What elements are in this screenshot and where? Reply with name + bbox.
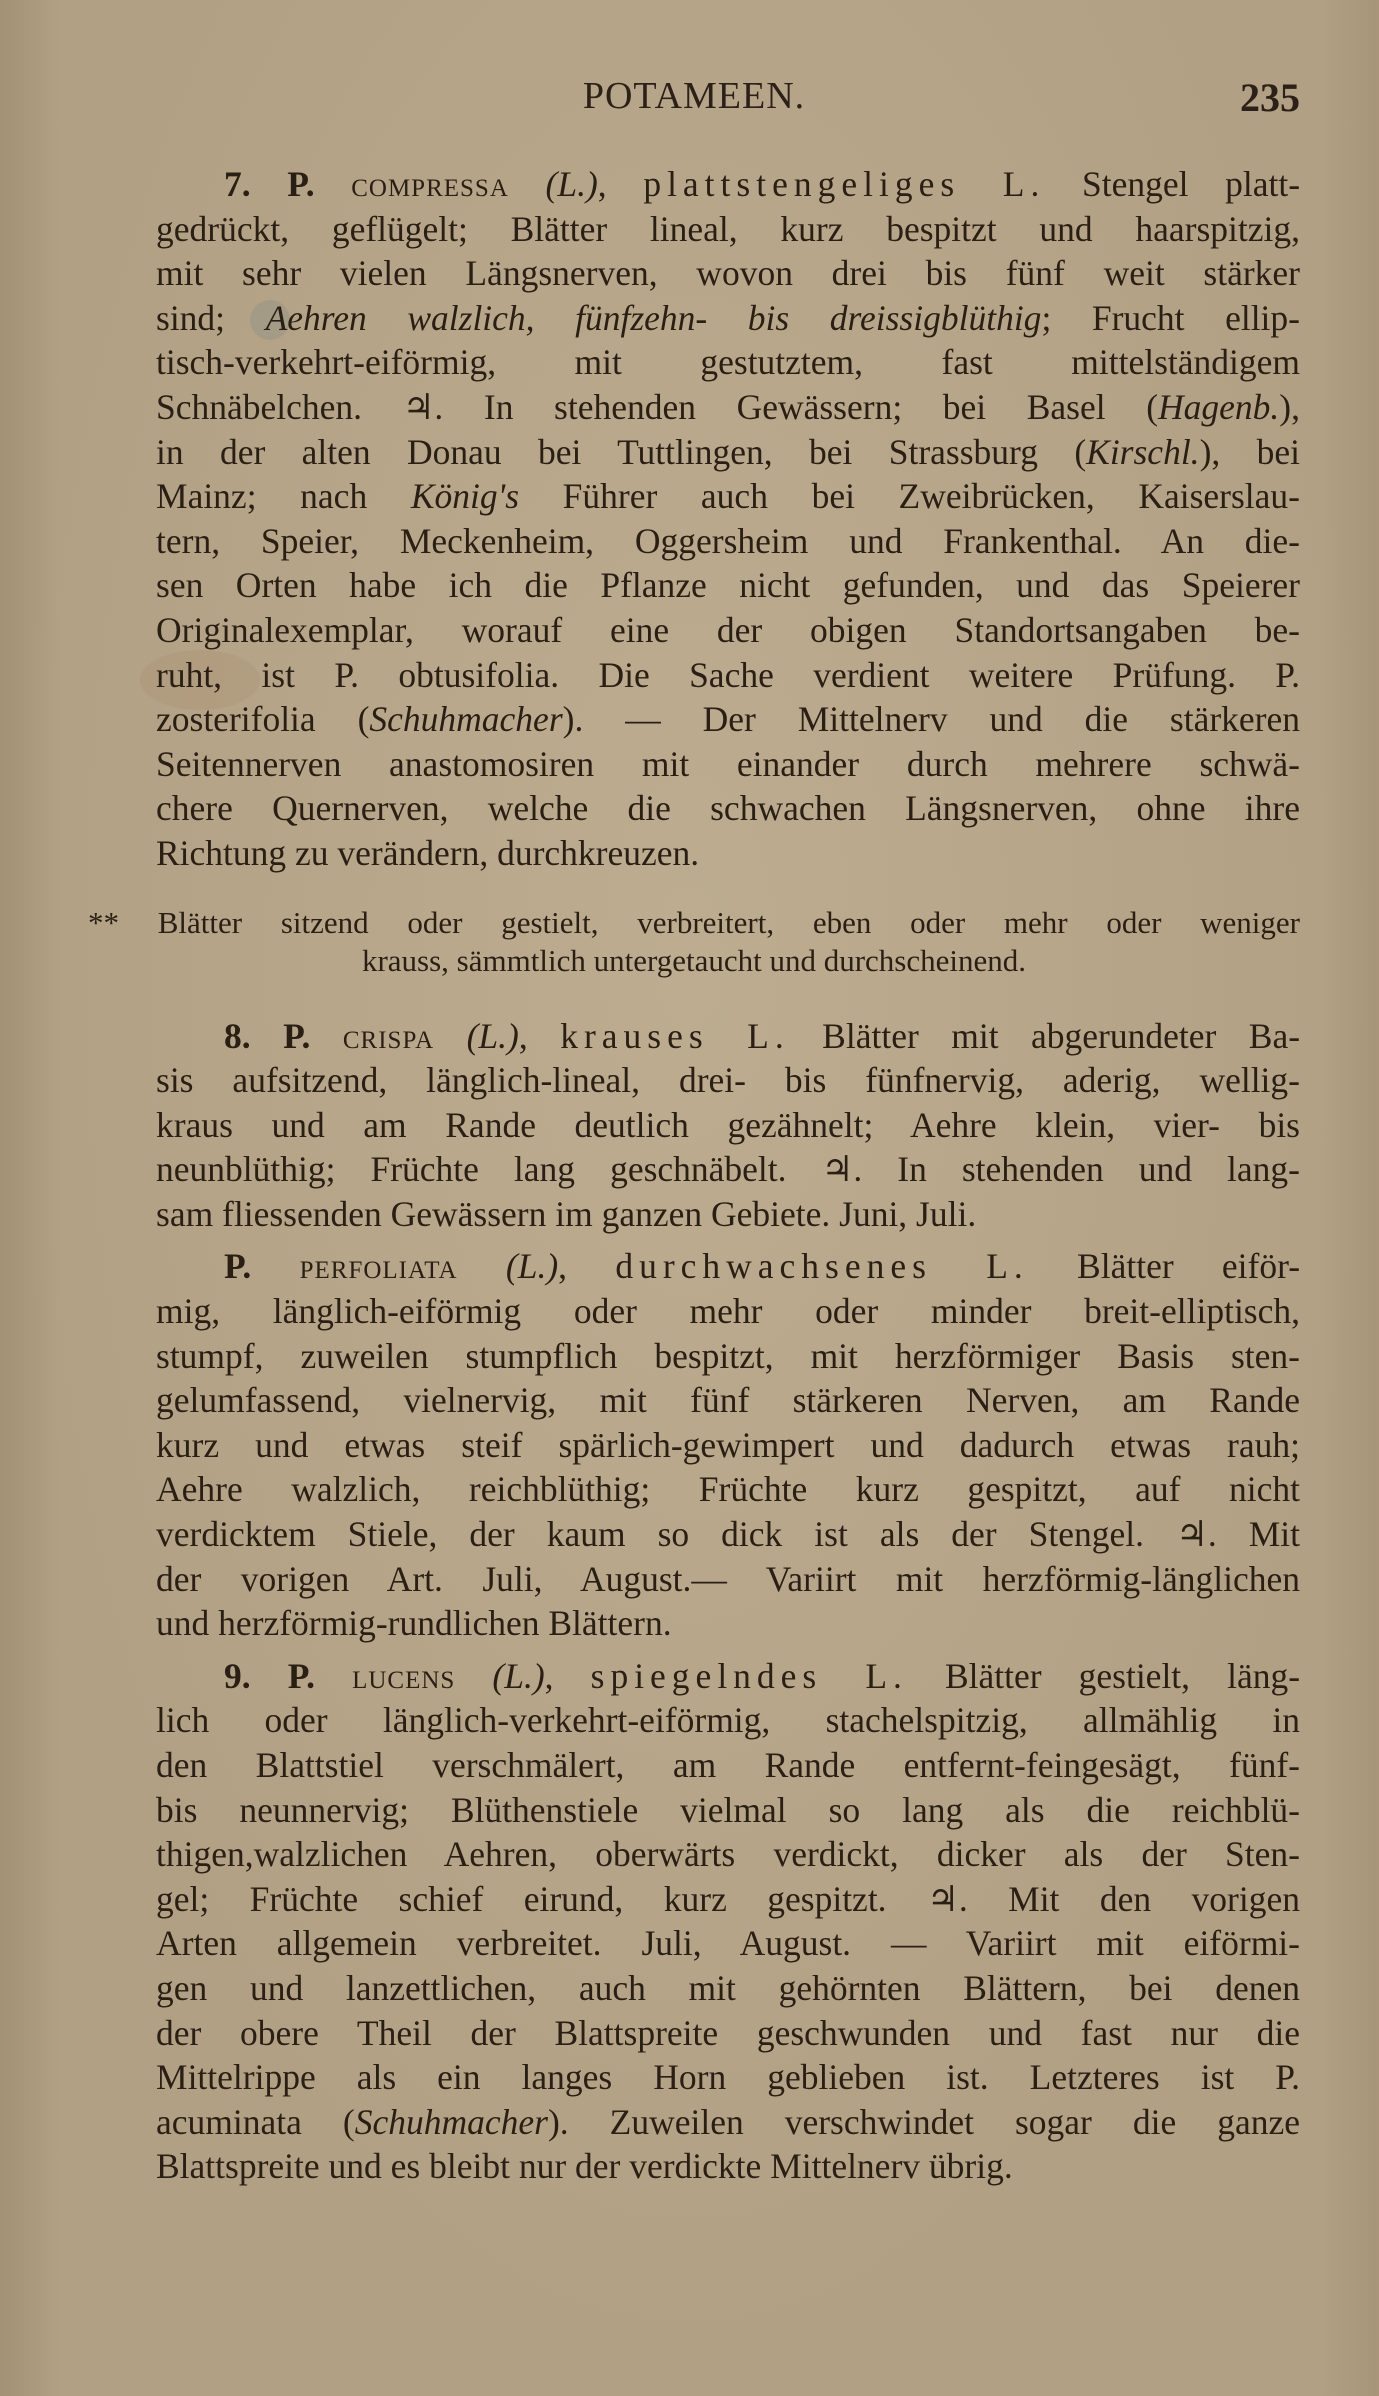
text-fragment: sind; [156, 298, 266, 338]
text-fragment: ). — Der Mittelnerv und die stärkeren [563, 699, 1300, 739]
text-line: sis aufsitzend, länglich-lineal, drei- b… [88, 1058, 1300, 1103]
text-fragment: Schnäbelchen. ♃. In stehenden Gewässern;… [156, 387, 1158, 427]
text-line: bis neunnervig; Blüthenstiele vielmal so… [88, 1788, 1300, 1833]
key-line: krauss, sämmtlich untergetaucht und durc… [88, 942, 1300, 980]
text-fragment: in der alten Donau bei Tuttlingen, bei S… [156, 432, 1086, 472]
text-line: sam fliessenden Gewässern im ganzen Gebi… [88, 1192, 1300, 1237]
entry-compressa: 7. P. compressa (L.), plattstengeliges L… [88, 162, 1300, 876]
text-line: chere Quernerven, welche die schwachen L… [88, 786, 1300, 831]
text-fragment: ), [1279, 387, 1300, 427]
text-line: Richtung zu verändern, durchkreuzen. [88, 831, 1300, 876]
entry-perfoliata: P. perfoliata (L.), durchwachsenes L. Bl… [88, 1244, 1300, 1645]
text-line: Originalexemplar, worauf eine der obigen… [88, 608, 1300, 653]
author-citation: (L.) [506, 1246, 558, 1286]
common-name: spiegelndes L. [591, 1656, 908, 1696]
text-line: mig, länglich-eiförmig oder mehr oder mi… [88, 1289, 1300, 1334]
key-marker: ** [88, 905, 119, 940]
species-name: perfoliata [300, 1246, 458, 1286]
text-line: gedrückt, geflügelt; Blätter lineal, kur… [88, 207, 1300, 252]
italic-fragment: Schuhmacher [369, 699, 562, 739]
italic-fragment: Aehren walzlich, fünfzehn- bis dreissigb… [266, 298, 1042, 338]
text-line: tern, Speier, Meckenheim, Oggersheim und… [88, 519, 1300, 564]
text-line: gelumfassend, vielnervig, mit fünf stärk… [88, 1378, 1300, 1423]
body-text: 7. P. compressa (L.), plattstengeliges L… [88, 162, 1300, 2189]
text-line: den Blattstiel verschmälert, am Rande en… [88, 1743, 1300, 1788]
entry-number: 8. [224, 1016, 251, 1056]
text-fragment: Blätter sitzend oder gestielt, verbreite… [158, 905, 1300, 940]
text-fragment: ). Zuweilen verschwindet sogar die ganze [548, 2102, 1300, 2142]
genus-abbrev: P. [287, 164, 314, 204]
text-fragment: Blätter gestielt, läng- [945, 1656, 1300, 1696]
text-line: der vorigen Art. Juli, August.— Variirt … [88, 1557, 1300, 1602]
text-line: kraus und am Rande deutlich gezähnelt; A… [88, 1103, 1300, 1148]
text-line: zosterifolia (Schuhmacher). — Der Mittel… [88, 697, 1300, 742]
entry-lucens: 9. P. lucens (L.), spiegelndes L. Blätte… [88, 1654, 1300, 2189]
author-citation: (L.) [492, 1656, 544, 1696]
text-line: Blattspreite und es bleibt nur der verdi… [88, 2144, 1300, 2189]
text-line: thigen,walzlichen Aehren, oberwärts verd… [88, 1832, 1300, 1877]
text-fragment: acuminata ( [156, 2102, 355, 2142]
genus-abbrev: P. [224, 1246, 251, 1286]
text-fragment: Mainz; nach [156, 476, 411, 516]
genus-abbrev: P. [283, 1016, 310, 1056]
entry-crispa: 8. P. crispa (L.), krauses L. Blätter mi… [88, 1014, 1300, 1237]
text-line: 8. P. crispa (L.), krauses L. Blätter mi… [88, 1014, 1300, 1059]
text-line: verdicktem Stiele, der kaum so dick ist … [88, 1512, 1300, 1557]
text-line: sind; Aehren walzlich, fünfzehn- bis dre… [88, 296, 1300, 341]
page-number: 235 [1240, 74, 1300, 121]
text-fragment: ; Frucht ellip- [1041, 298, 1300, 338]
text-line: Mittelrippe als ein langes Horn gebliebe… [88, 2055, 1300, 2100]
text-fragment: Blätter mit abgerundeter Ba- [822, 1016, 1300, 1056]
text-line: gen und lanzettlichen, auch mit gehörnte… [88, 1966, 1300, 2011]
text-line: 9. P. lucens (L.), spiegelndes L. Blätte… [88, 1654, 1300, 1699]
genus-abbrev: P. [288, 1656, 315, 1696]
text-line: gel; Früchte schief eirund, kurz gespitz… [88, 1877, 1300, 1922]
italic-fragment: Schuhmacher [355, 2102, 548, 2142]
italic-fragment: Kirschl. [1086, 432, 1199, 472]
text-line: Seitennerven anastomosiren mit einander … [88, 742, 1300, 787]
entry-number: 9. [224, 1656, 251, 1696]
text-line: ruht, ist P. obtusifolia. Die Sache verd… [88, 653, 1300, 698]
running-title: POTAMEEN. [88, 74, 1300, 118]
common-name: krauses L. [560, 1016, 790, 1056]
text-fragment: zosterifolia ( [156, 699, 369, 739]
text-line: und herzförmig-rundlichen Blättern. [88, 1601, 1300, 1646]
species-name: lucens [352, 1656, 455, 1696]
species-name: crispa [343, 1016, 434, 1056]
text-fragment: Blätter eiför- [1077, 1246, 1300, 1286]
book-page: POTAMEEN. 235 7. P. compressa (L.), plat… [0, 0, 1379, 2396]
text-line: mit sehr vielen Längsnerven, wovon drei … [88, 251, 1300, 296]
running-head: POTAMEEN. 235 [88, 74, 1300, 126]
common-name: plattstengeliges L. [643, 164, 1045, 204]
italic-fragment: König's [411, 476, 519, 516]
text-fragment: Führer auch bei Zweibrücken, Kaiserslau- [519, 476, 1300, 516]
text-line: tisch-verkehrt-eiförmig, mit gestutztem,… [88, 340, 1300, 385]
text-line: Aehre walzlich, reichblüthig; Früchte ku… [88, 1467, 1300, 1512]
text-line: stumpf, zuweilen stumpflich bespitzt, mi… [88, 1334, 1300, 1379]
text-line: acuminata (Schuhmacher). Zuweilen versch… [88, 2100, 1300, 2145]
text-line: Arten allgemein verbreitet. Juli, August… [88, 1921, 1300, 1966]
text-fragment: Stengel platt- [1082, 164, 1300, 204]
common-name: durchwachsenes L. [615, 1246, 1028, 1286]
key-line: ** Blätter sitzend oder gestielt, verbre… [88, 904, 1300, 942]
text-fragment: ), bei [1200, 432, 1300, 472]
italic-fragment: Hagenb. [1158, 387, 1279, 427]
entry-number: 7. [224, 164, 251, 204]
text-line: sen Orten habe ich die Pflanze nicht gef… [88, 563, 1300, 608]
author-citation: (L.) [467, 1016, 519, 1056]
text-line: in der alten Donau bei Tuttlingen, bei S… [88, 430, 1300, 475]
text-line: neunblüthig; Früchte lang geschnäbelt. ♃… [88, 1147, 1300, 1192]
text-line: kurz und etwas steif spärlich-gewimpert … [88, 1423, 1300, 1468]
text-line: der obere Theil der Blattspreite geschwu… [88, 2011, 1300, 2056]
text-line: Mainz; nach König's Führer auch bei Zwei… [88, 474, 1300, 519]
key-heading: ** Blätter sitzend oder gestielt, verbre… [88, 904, 1300, 980]
author-citation: (L.) [546, 164, 598, 204]
text-line: lich oder länglich-verkehrt-eiförmig, st… [88, 1698, 1300, 1743]
text-line: P. perfoliata (L.), durchwachsenes L. Bl… [88, 1244, 1300, 1289]
text-line: 7. P. compressa (L.), plattstengeliges L… [88, 162, 1300, 207]
text-line: Schnäbelchen. ♃. In stehenden Gewässern;… [88, 385, 1300, 430]
species-name: compressa [351, 164, 509, 204]
